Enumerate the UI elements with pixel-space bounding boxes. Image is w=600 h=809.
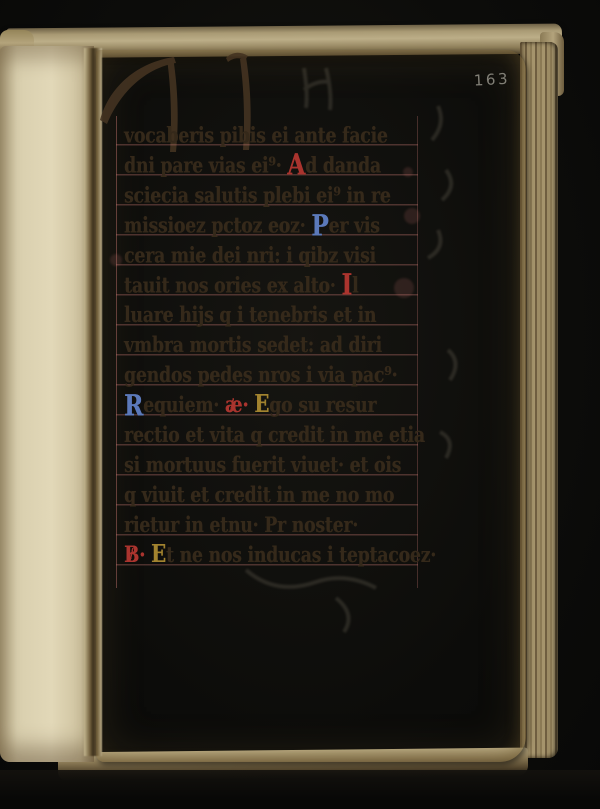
initial-a-red: A bbox=[287, 149, 305, 182]
text-line: tauit nos ories ex alto· Il bbox=[124, 270, 444, 300]
text-block: vocaberis pibis ei ante facie dni pare v… bbox=[124, 120, 444, 569]
text-line: sciecia salutis plebi ei⁹ in re bbox=[124, 180, 444, 210]
photo-background: 163 vocaberis pibis ei ante facie dni pa… bbox=[0, 0, 600, 809]
text-segment: luare hijs q i tenebris et in bbox=[124, 302, 376, 328]
text-segment: missioez pctoz eoz· bbox=[124, 212, 311, 238]
text-line: B· Et ne nos inducas i teptacoez· bbox=[124, 539, 444, 569]
text-segment: d danda bbox=[305, 152, 381, 178]
text-line: vmbra mortis sedet: ad diri bbox=[124, 330, 444, 360]
text-segment: q viuit et credit in me no mo bbox=[124, 482, 394, 508]
initial-e-gold: E bbox=[151, 539, 166, 568]
versicle-mark: æ· bbox=[225, 391, 249, 418]
text-segment: equiem· bbox=[143, 392, 225, 418]
initial-p-blue: P bbox=[311, 210, 328, 243]
text-segment: dni pare vias ei⁹· bbox=[124, 152, 287, 178]
text-segment: sciecia salutis plebi ei⁹ in re bbox=[124, 182, 391, 208]
text-line: rectio et vita q credit in me etia bbox=[124, 420, 444, 450]
text-line: missioez pctoz eoz· Per vis bbox=[124, 210, 444, 240]
book-bottom-shadow bbox=[0, 770, 600, 809]
initial-e-gold: E bbox=[254, 390, 269, 419]
text-line: luare hijs q i tenebris et in bbox=[124, 300, 444, 330]
text-segment: go su resur bbox=[269, 392, 376, 418]
text-line: cera mie dei nri: i qibz visi bbox=[124, 240, 444, 270]
text-segment: tauit nos ories ex alto· bbox=[124, 272, 341, 298]
text-line: q viuit et credit in me no mo bbox=[124, 480, 444, 510]
initial-r-blue: R bbox=[124, 390, 143, 423]
text-segment: er vis bbox=[328, 212, 379, 238]
manuscript-page: 163 vocaberis pibis ei ante facie dni pa… bbox=[96, 50, 526, 762]
text-line: si mortuus fuerit viuet· et ois bbox=[124, 450, 444, 480]
facing-page-edge bbox=[0, 46, 94, 762]
text-line: gendos pedes nros i via pac⁹· bbox=[124, 360, 444, 390]
text-segment: cera mie dei nri: i qibz visi bbox=[124, 242, 376, 268]
text-segment: vmbra mortis sedet: ad diri bbox=[124, 332, 382, 358]
text-line: dni pare vias ei⁹· Ad danda bbox=[124, 150, 444, 180]
text-segment: rietur in etnu· Pr noster· bbox=[124, 512, 358, 538]
response-mark: B· bbox=[124, 541, 145, 568]
text-segment: rectio et vita q credit in me etia bbox=[124, 422, 425, 448]
text-segment: si mortuus fuerit viuet· et ois bbox=[124, 452, 401, 478]
initial-i-red: I bbox=[341, 269, 352, 302]
text-line: vocaberis pibis ei ante facie bbox=[124, 120, 444, 150]
text-segment: gendos pedes nros i via pac⁹· bbox=[124, 362, 397, 388]
text-segment: l bbox=[352, 272, 358, 298]
text-line: Requiem· æ· Ego su resur bbox=[124, 390, 444, 420]
text-segment: t ne nos inducas i teptacoez· bbox=[166, 542, 436, 568]
text-segment: vocaberis pibis ei ante facie bbox=[124, 122, 388, 148]
folio-number: 163 bbox=[473, 68, 534, 95]
text-line: rietur in etnu· Pr noster· bbox=[124, 509, 444, 539]
